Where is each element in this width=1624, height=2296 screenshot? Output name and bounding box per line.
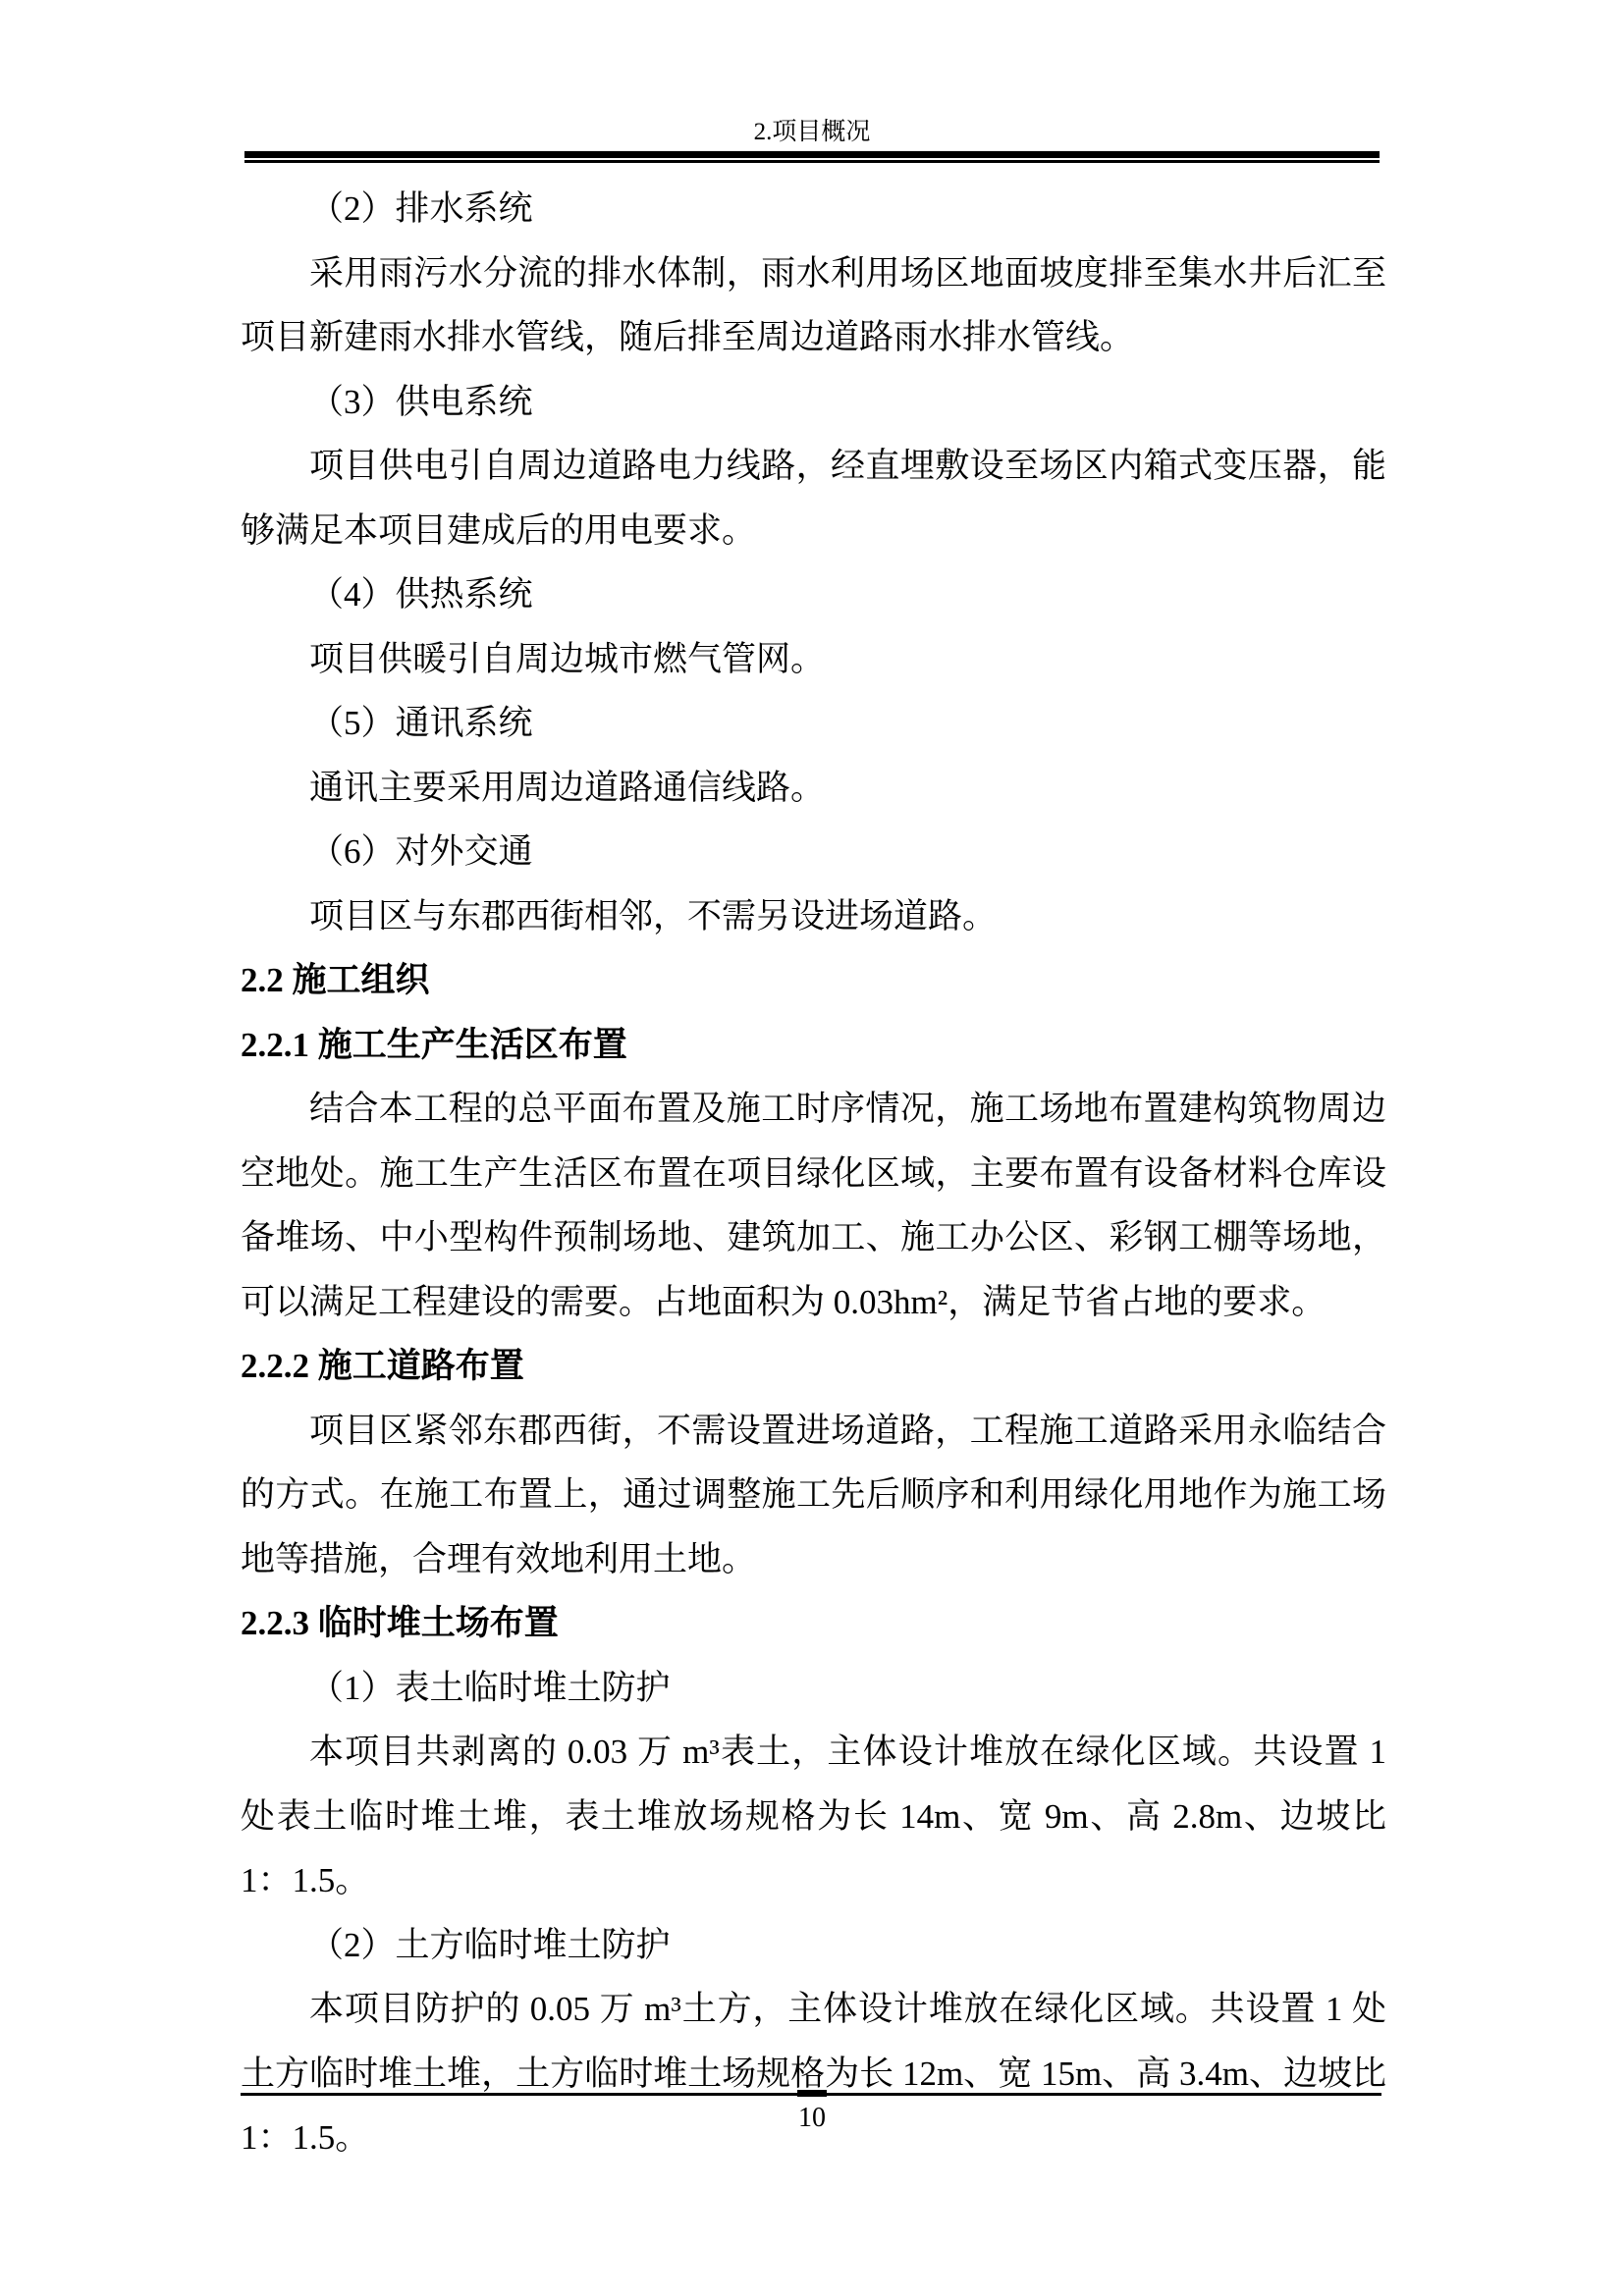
- section-heading-2-2-1: 2.2.1 施工生产生活区布置: [241, 1013, 1386, 1078]
- para-site-layout: 结合本工程的总平面布置及施工时序情况，施工场地布置建构筑物周边空地处。施工生产生…: [241, 1077, 1386, 1334]
- section-heading-2-2-3: 2.2.3 临时堆土场布置: [241, 1591, 1386, 1656]
- para-earthwork: 本项目防护的 0.05 万 m³土方，主体设计堆放在绿化区域。共设置 1 处土方…: [241, 1977, 1386, 2170]
- para-drainage: 采用雨污水分流的排水体制，雨水利用场区地面坡度排至集水井后汇至项目新建雨水排水管…: [241, 241, 1386, 370]
- item-heading-earthwork: （2）土方临时堆土防护: [241, 1913, 1386, 1978]
- item-heading-telecom: （5）通讯系统: [241, 691, 1386, 756]
- item-heading-drainage: （2）排水系统: [241, 177, 1386, 241]
- para-topsoil: 本项目共剥离的 0.03 万 m³表土，主体设计堆放在绿化区域。共设置 1 处表…: [241, 1720, 1386, 1913]
- section-heading-2-2: 2.2 施工组织: [241, 948, 1386, 1013]
- item-heading-topsoil: （1）表土临时堆土防护: [241, 1656, 1386, 1721]
- header-rule-thick-line: [244, 151, 1380, 158]
- para-telecom: 通讯主要采用周边道路通信线路。: [241, 756, 1386, 821]
- page-number: 10: [0, 2101, 1624, 2136]
- item-heading-heating: （4）供热系统: [241, 562, 1386, 627]
- para-power: 项目供电引自周边道路电力线路，经直埋敷设至场区内箱式变压器，能够满足本项目建成后…: [241, 434, 1386, 562]
- para-transport: 项目区与东郡西街相邻，不需另设进场道路。: [241, 884, 1386, 949]
- item-heading-transport: （6）对外交通: [241, 820, 1386, 884]
- header-rule-thin-line: [244, 160, 1380, 163]
- item-heading-power: （3）供电系统: [241, 370, 1386, 435]
- para-heating: 项目供暖引自周边城市燃气管网。: [241, 627, 1386, 692]
- page-header-title: 2.项目概况: [0, 116, 1624, 149]
- section-heading-2-2-2: 2.2.2 施工道路布置: [241, 1334, 1386, 1399]
- para-road-layout: 项目区紧邻东郡西街，不需设置进场道路，工程施工道路采用永临结合的方式。在施工布置…: [241, 1399, 1386, 1592]
- footer-dash: [797, 2090, 827, 2097]
- document-body: （2）排水系统 采用雨污水分流的排水体制，雨水利用场区地面坡度排至集水井后汇至项…: [241, 177, 1386, 2170]
- document-page: { "header": { "title": "2.项目概况" }, "foot…: [0, 0, 1624, 2296]
- header-double-rule: [244, 151, 1380, 163]
